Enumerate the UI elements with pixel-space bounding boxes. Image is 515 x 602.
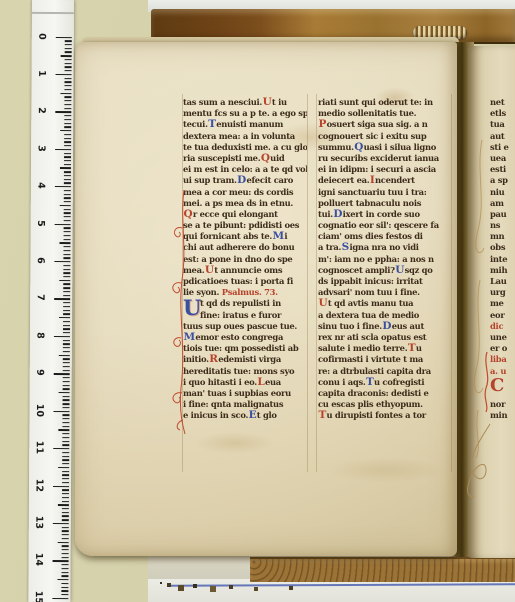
text-segment: ciam' oms dies festos di <box>318 231 423 241</box>
text-segment: edemisti virga <box>218 354 281 364</box>
ruler-tick <box>61 587 68 588</box>
ruler-tick <box>63 381 70 382</box>
text-line: cognatio eor sil': qescere fa <box>318 220 454 231</box>
text-segment: inte <box>490 254 507 264</box>
ruler-tick <box>63 362 70 363</box>
text-segment: uid <box>270 153 284 163</box>
ruler-tick <box>60 168 71 169</box>
ruler-number: 2 <box>36 103 47 119</box>
text-line: Qr ecce qui elongant <box>183 209 307 220</box>
ruler-tick <box>62 493 69 494</box>
text-line: Memor esto congrega <box>183 332 307 343</box>
ruler-tick <box>63 377 70 378</box>
ruler-tick <box>62 422 69 423</box>
text-segment: pau <box>490 209 506 219</box>
ruler-tick <box>64 108 71 109</box>
ruler-tick <box>65 44 72 45</box>
text-segment: ei m est in celo: a a te qd vol <box>183 164 307 174</box>
text-line: er o <box>490 343 515 354</box>
decorated-initial: Q <box>183 209 193 220</box>
text-segment: i fine: qnta malignatus <box>183 399 283 409</box>
text-segment: cognatio eor sil': qescere fa <box>318 220 439 230</box>
decorated-initial: T <box>407 343 416 354</box>
text-segment: sti e <box>490 142 509 152</box>
ruler-tick <box>62 572 69 573</box>
text-column-fringe: netetlstuaautsti eueaestia spniuampaunsm… <box>490 97 515 421</box>
text-line: tui.Dixert in corde suo <box>318 209 454 220</box>
ruler-tick <box>64 175 71 176</box>
ruler-tick <box>65 40 72 41</box>
text-line: deiecert ea.Incendert <box>318 175 454 186</box>
decorated-initial: C <box>490 375 504 396</box>
text-segment: t iu <box>272 97 287 107</box>
decorated-initial: U <box>395 265 405 276</box>
ruler-number: 10 <box>34 402 45 418</box>
text-line: mea a cor meu: ds cordis <box>183 187 307 198</box>
ruler-tick <box>64 216 71 217</box>
text-segment: fine: iratus e furor <box>200 310 281 320</box>
ruler-tick <box>62 534 69 535</box>
ruler-tick <box>63 340 70 341</box>
text-segment: te tua deduxisti me. a cu glo <box>183 142 307 152</box>
text-line: net <box>490 97 515 108</box>
ruler-tick <box>54 261 70 262</box>
ruler-tick <box>61 55 72 56</box>
parchment-stain <box>325 457 445 483</box>
text-line: capita draconis: dedisti e <box>318 388 454 399</box>
ruler-tick <box>62 564 69 565</box>
ruler-tick <box>63 325 70 326</box>
text-segment: rex nr ati scla opatus est <box>318 332 426 342</box>
text-line: mea.Ut annuncie oms <box>183 265 307 276</box>
ruler-number: 9 <box>34 365 45 381</box>
decorated-initial: L <box>257 377 265 388</box>
ruler-tick <box>62 437 69 438</box>
text-segment: i quo hitasti i eo. <box>183 377 257 387</box>
ruler-tick <box>55 111 71 112</box>
ruler-tick <box>64 194 71 195</box>
manuscript-photo: tas sum a nesciui.Ut iumentu fcs su a p … <box>0 0 515 602</box>
text-segment: summu. <box>318 142 354 152</box>
text-segment: i <box>284 231 287 241</box>
ruler-tick <box>64 183 71 184</box>
decorated-initial: U <box>318 298 328 309</box>
text-segment: cu escas plis ethyopum. <box>318 399 423 409</box>
decorated-initial: D <box>333 209 343 220</box>
text-segment: deiecert ea. <box>318 175 369 185</box>
ruler-tick <box>63 321 70 322</box>
ruler-tick <box>59 317 70 318</box>
text-line: cognoscet ampli?Usqz qo <box>318 265 454 276</box>
text-line: qui fornicant abs te.Mi <box>183 231 307 242</box>
text-line: am <box>490 198 515 209</box>
text-line: mn <box>490 231 515 242</box>
text-line: niu <box>490 187 515 198</box>
text-segment: dextera mea: a in volunta <box>183 131 295 141</box>
ruler-number: 15 <box>33 589 44 602</box>
text-segment: r ecce qui elongant <box>193 209 278 219</box>
ruler-tick <box>62 489 69 490</box>
ruler-tick <box>63 284 70 285</box>
text-segment: a dextera tua de medio <box>318 310 419 320</box>
text-segment: ei in idipm: i securi a ascia <box>318 164 436 174</box>
ruler-tick <box>64 190 71 191</box>
ruler-tick <box>63 276 70 277</box>
ruler-tick <box>64 81 71 82</box>
text-line: inte <box>490 254 515 265</box>
text-line: cofirmasti i virtute t ma <box>318 354 454 365</box>
ruler-tick <box>64 239 71 240</box>
ruler-number: 11 <box>34 440 45 456</box>
text-line: Tu dirupisti fontes a tor <box>318 410 454 421</box>
text-line: min <box>490 410 515 421</box>
text-line: tecui.Tenuisti manum <box>183 119 307 130</box>
decorated-initial: Q <box>354 142 364 153</box>
text-segment: ns <box>490 220 500 230</box>
ruler-number: 5 <box>35 215 46 231</box>
ruler-tick <box>65 70 72 71</box>
ruler-tick <box>62 426 69 427</box>
text-line: sinu tuo i fine.Deus aut <box>318 321 454 332</box>
text-line: cu escas plis ethyopum. <box>318 399 454 410</box>
ruler-number: 12 <box>33 477 44 493</box>
text-segment: am <box>490 198 504 208</box>
text-segment: t annuncie oms <box>214 265 282 275</box>
decorated-initial: E <box>248 410 257 421</box>
ruler-tick <box>65 63 72 64</box>
ruler-tick <box>63 407 70 408</box>
ruler-tick <box>63 269 70 270</box>
ruler-tick <box>53 523 69 524</box>
text-line: salute i medio terre.Tu <box>318 343 454 354</box>
text-segment: etls <box>490 108 506 118</box>
text-segment: liba <box>490 354 506 364</box>
ruler-tick <box>64 138 71 139</box>
decorated-initial: U <box>262 97 272 108</box>
text-segment: uea <box>490 153 506 163</box>
ruler-tick <box>54 336 70 337</box>
text-segment: m': iam no e ppha: a nos n <box>318 254 434 264</box>
background-bottom-strip <box>148 579 515 602</box>
text-segment: tiois tue: qm possedisti ab <box>183 343 298 353</box>
text-segment: initio. <box>183 354 209 364</box>
rubric: Psalmus. 73. <box>222 287 278 297</box>
ruler-tick <box>52 598 68 599</box>
text-line: i fine: qnta malignatus <box>183 399 307 410</box>
text-line: se a te pibunt: pdidisti oes <box>183 220 307 231</box>
text-line: Ut qd ds repulisti in <box>183 298 307 309</box>
leather-binding-bottom <box>250 557 515 582</box>
ruler-tick <box>65 48 72 49</box>
text-segment: une <box>490 332 507 342</box>
text-line: tuus sup oues pascue tue. <box>183 321 307 332</box>
text-segment: cofirmasti i virtute t ma <box>318 354 423 364</box>
ruler-number: 14 <box>33 552 44 568</box>
text-line: a dextera tua de medio <box>318 310 454 321</box>
text-line: esti <box>490 164 515 175</box>
text-segment: re: a dtrbulasti capita dra <box>318 366 431 376</box>
text-line: C <box>490 377 515 388</box>
ruler-tick <box>55 224 71 225</box>
text-segment: osuert siga sua sig. a n <box>327 119 428 129</box>
ruler-tick <box>63 347 70 348</box>
text-segment: mn <box>490 231 504 241</box>
ruler-tick <box>59 392 70 393</box>
decorated-initial: T <box>208 119 217 130</box>
ruler-number: 13 <box>33 514 44 530</box>
ruler-tick <box>64 164 71 165</box>
decorated-initial: M <box>272 231 284 242</box>
ruler-tick <box>64 227 71 228</box>
text-segment: tecui. <box>183 119 208 129</box>
ruler-tick <box>64 160 71 161</box>
text-line: medio sollenitatis tue. <box>318 108 454 119</box>
ruler-tick <box>54 373 70 374</box>
text-line: te tua deduxisti me. a cu glo <box>183 142 307 153</box>
decorated-initial: U <box>183 297 201 318</box>
text-segment: man' tuas i supbias eoru <box>183 388 291 398</box>
text-segment: aut <box>490 131 504 141</box>
ruler-tick <box>63 265 70 266</box>
text-line: ui sup tram.Defecit caro <box>183 175 307 186</box>
text-segment: capita draconis: dedisti e <box>318 388 429 398</box>
ruler-tick <box>62 433 69 434</box>
ruler-tick <box>63 272 70 273</box>
text-segment: conu i aqs. <box>318 377 366 387</box>
text-line: polluert tabnaculu nois <box>318 198 454 209</box>
ruler-tick <box>64 209 71 210</box>
ruler-tick <box>62 415 69 416</box>
text-line: Lau <box>490 276 515 287</box>
ruler-tick <box>64 134 71 135</box>
text-segment: niu <box>490 187 504 197</box>
text-segment: u <box>416 343 422 353</box>
ruler-tick <box>59 355 70 356</box>
ruler-tick <box>57 579 68 580</box>
text-line: Posuert siga sua sig. a n <box>318 119 454 130</box>
text-segment: salute i medio terre. <box>318 343 407 353</box>
text-segment: igni sanctuariu tuu i tra: <box>318 187 427 197</box>
decorated-initial: D <box>237 175 247 186</box>
ruler-tick <box>65 59 72 60</box>
text-segment: cognoscet ampli? <box>318 265 395 275</box>
ruler-tick <box>56 37 72 38</box>
text-segment: dic <box>490 321 503 331</box>
text-segment: mentu fcs su a p te. a ego sp <box>183 108 307 118</box>
ruler-tick <box>64 179 71 180</box>
ruler-tick <box>64 153 71 154</box>
text-segment: mei. a ps mea ds in etnu. <box>183 198 293 208</box>
ruler-tick <box>64 89 71 90</box>
ruler-tick <box>63 400 70 401</box>
text-line: e inicus in sco.Et glo <box>183 410 307 421</box>
text-line: mei. a ps mea ds in etnu. <box>183 198 307 209</box>
ruler-tick <box>62 478 69 479</box>
ruler-tick <box>63 302 70 303</box>
text-segment: eua <box>265 377 281 387</box>
ruler-tick <box>64 156 71 157</box>
decorated-initial: T <box>318 410 327 421</box>
ruler-tick <box>63 291 70 292</box>
ruler-tick <box>62 516 69 517</box>
ruler-tick <box>64 100 71 101</box>
text-segment: ixert in corde suo <box>343 209 420 219</box>
ruler-tick <box>62 463 69 464</box>
text-line: eor <box>490 310 515 321</box>
text-line: ru securibs exciderut ianua <box>318 153 454 164</box>
text-segment: obs <box>490 242 505 252</box>
text-segment: eus aut <box>392 321 424 331</box>
text-line: dextera mea: a in volunta <box>183 131 307 142</box>
ruler-tick <box>63 328 70 329</box>
text-line: tas sum a nesciui.Ut iu <box>183 97 307 108</box>
ruler-tick <box>63 343 70 344</box>
ruler-number: 6 <box>35 252 46 268</box>
ruler-tick <box>59 280 70 281</box>
dirt-specks <box>160 582 162 584</box>
text-line: conu i aqs.Tu cofregisti <box>318 377 454 388</box>
text-line: obs <box>490 242 515 253</box>
ruling-guide-line <box>316 94 317 472</box>
text-line: a sp <box>490 175 515 186</box>
ruler-number: 4 <box>35 178 46 194</box>
text-line: chi aut adherere do bonu <box>183 242 307 253</box>
text-segment: chi aut adherere do bonu <box>183 242 294 252</box>
ruler-tick <box>58 542 69 543</box>
text-line: mentu fcs su a p te. a ego sp <box>183 108 307 119</box>
decorated-initial: R <box>209 354 218 365</box>
ruler-tick <box>63 313 70 314</box>
ruler-number: 0 <box>36 28 47 44</box>
ruler-tick <box>60 130 71 131</box>
ruler-tick <box>62 441 69 442</box>
ruler-tick <box>63 257 70 258</box>
text-segment: a sp <box>490 175 508 185</box>
ruler-number: 8 <box>34 327 45 343</box>
ruler-tick <box>62 497 69 498</box>
ruler-tick <box>55 149 71 150</box>
text-line: hereditatis tue: mons syo <box>183 366 307 377</box>
ruler-tick <box>65 66 72 67</box>
ruler-number: 7 <box>35 290 46 306</box>
text-segment: tuus sup oues pascue tue. <box>183 321 297 331</box>
ruler-tick <box>62 471 69 472</box>
text-segment: nor <box>490 399 505 409</box>
text-segment: net <box>490 97 504 107</box>
text-line: fine: iratus e furor <box>183 310 307 321</box>
ruler-tick <box>62 531 69 532</box>
text-line: uea <box>490 153 515 164</box>
text-segment: ria suscepisti me. <box>183 153 260 163</box>
decorated-initial: M <box>183 332 195 343</box>
ruler-tick <box>62 557 69 558</box>
ruler-tick <box>64 123 71 124</box>
ruler-tick <box>63 306 70 307</box>
ruler-tick <box>53 486 69 487</box>
ruler-tick <box>62 549 69 550</box>
text-segment: qui fornicant abs te. <box>183 231 272 241</box>
text-line: initio.Redemisti virga <box>183 354 307 365</box>
ruler-tick <box>62 501 69 502</box>
ruler-tick <box>62 444 69 445</box>
decorated-initial: Q <box>260 153 270 164</box>
text-line: mih <box>490 265 515 276</box>
ruler-tick <box>64 96 71 97</box>
ruler-number: 3 <box>36 140 47 156</box>
ruler-tick <box>62 452 69 453</box>
text-segment: sqz qo <box>405 265 433 275</box>
text-column-1: tas sum a nesciui.Ut iumentu fcs su a p … <box>183 97 307 421</box>
ruler-tick <box>63 388 70 389</box>
ruler-tick <box>62 482 69 483</box>
text-line: advsari' nom tuu i fine. <box>318 287 454 298</box>
text-segment: ncendert <box>375 175 415 185</box>
text-line: rex nr ati scla opatus est <box>318 332 454 343</box>
ruler-tick <box>60 93 71 94</box>
ruler-tick <box>64 115 71 116</box>
ruler-tick <box>63 332 70 333</box>
ruler-tick <box>60 205 71 206</box>
text-segment: sinu tuo i fine. <box>318 321 382 331</box>
ruler-tick <box>62 418 69 419</box>
ruler-tick <box>63 287 70 288</box>
text-line: urg <box>490 287 515 298</box>
text-segment: tas sum a nesciui. <box>183 97 262 107</box>
ruler-tick <box>62 538 69 539</box>
text-segment: cognouert sic i exitu sup <box>318 131 426 141</box>
ruler-tick <box>64 235 71 236</box>
text-line: aut <box>490 131 515 142</box>
ruler-tick <box>63 295 70 296</box>
ruler-tick <box>63 366 70 367</box>
text-line: ns <box>490 220 515 231</box>
text-segment: ru securibs exciderut ianua <box>318 153 439 163</box>
text-line: riati sunt qui oderut te: in <box>318 97 454 108</box>
ruler-tick <box>63 250 70 251</box>
ruler-tick <box>64 197 71 198</box>
ruler-tick <box>62 519 69 520</box>
text-line: tiois tue: qm possedisti ab <box>183 343 307 354</box>
ruler-tick <box>62 568 69 569</box>
text-line: dic <box>490 321 515 332</box>
ruler-tick <box>54 298 70 299</box>
text-segment: enuisti manum <box>216 119 283 129</box>
ruler-tick <box>64 104 71 105</box>
ruler-tick <box>53 560 69 561</box>
ruler-tick <box>61 583 68 584</box>
ruler-tick <box>58 467 69 468</box>
text-segment: tui. <box>318 209 333 219</box>
text-segment: emor esto congrega <box>195 332 283 342</box>
text-segment: me <box>490 298 504 308</box>
text-line: liba <box>490 354 515 365</box>
ruler-tick <box>64 171 71 172</box>
ruler-tick <box>62 545 69 546</box>
decorated-initial: T <box>366 377 375 388</box>
text-segment: min <box>490 410 507 420</box>
ruler-tick <box>62 512 69 513</box>
ruler-tick <box>61 594 68 595</box>
text-line: etls <box>490 108 515 119</box>
text-segment: er o <box>490 343 507 353</box>
text-segment: igna nra no vidi <box>349 242 418 252</box>
text-segment: uasi i silua ligno <box>364 142 436 152</box>
text-column-2: riati sunt qui oderut te: inmedio sollen… <box>318 97 454 421</box>
text-segment: riati sunt qui oderut te: in <box>318 97 433 107</box>
ruler-tick <box>65 78 72 79</box>
text-segment: ds ippabit inicus: irritat <box>318 276 423 286</box>
text-segment: ui sup tram. <box>183 175 237 185</box>
